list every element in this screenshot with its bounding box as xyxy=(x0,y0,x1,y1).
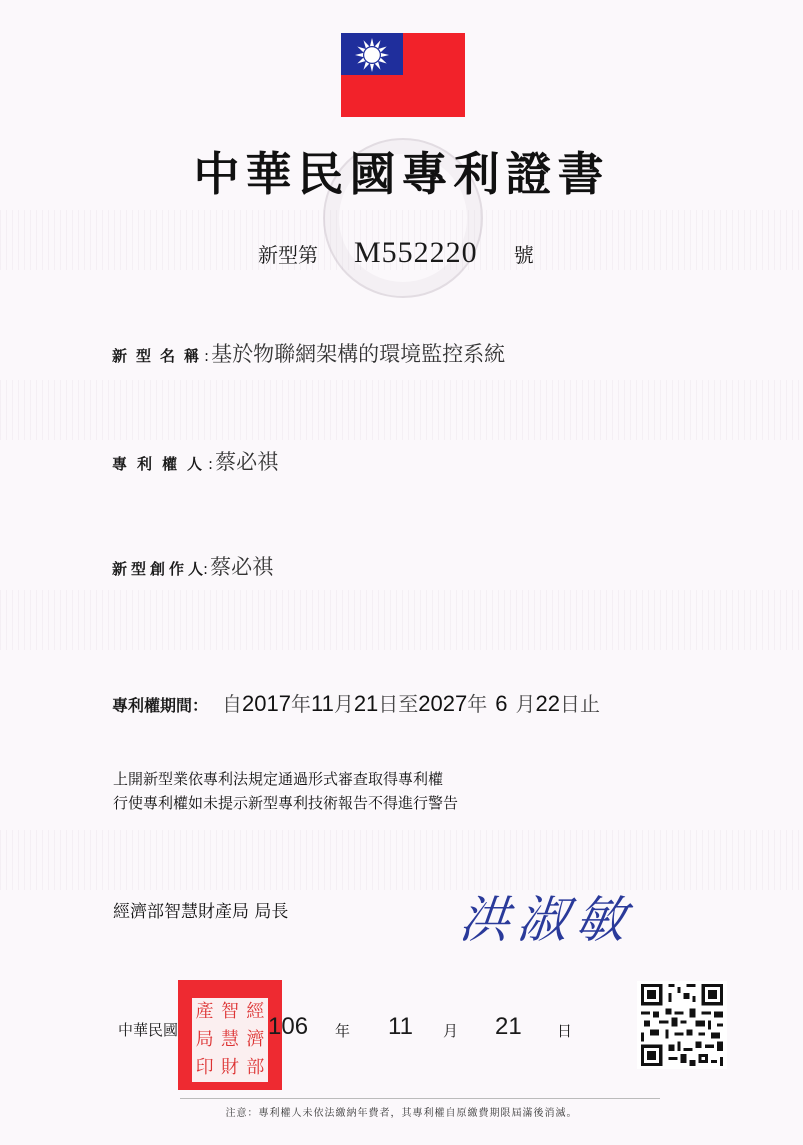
issuing-authority: 經濟部智慧財產局 局長 xyxy=(113,897,288,922)
end-word: 日止 xyxy=(560,688,600,717)
seal-char: 印 xyxy=(192,1054,217,1082)
guilloche-pattern xyxy=(0,380,803,440)
patent-term: 專利權期間： 自 2017 年 11 月 21 日 至 2027 年 6 月 2… xyxy=(112,688,600,717)
director-signature: 洪淑敏 xyxy=(456,880,638,952)
year-char: 年 xyxy=(291,688,311,717)
legal-statement-line-2: 行使專利權如未提示新型專利技術報告不得進行警告 xyxy=(113,791,458,815)
qr-code-icon xyxy=(637,981,727,1069)
seal-char: 財 xyxy=(217,1054,242,1082)
issue-month: 11 xyxy=(388,1013,413,1041)
footer-notice: 注意：專利權人未依法繳納年費者，其專利權自原繳費期限屆滿後消滅。 xyxy=(0,1104,803,1119)
guilloche-pattern xyxy=(0,830,803,890)
issue-year: 106 xyxy=(268,1013,308,1041)
end-day: 22 xyxy=(536,691,560,717)
utility-model-name-row: 新型名稱 : 基於物聯網架構的環境監控系統 xyxy=(112,338,505,368)
white-sun-icon xyxy=(353,36,391,74)
year-char: 年 xyxy=(467,688,487,717)
year-char: 年 xyxy=(335,1020,350,1041)
day-char: 日 xyxy=(557,1020,572,1041)
seal-char: 部 xyxy=(243,1054,268,1082)
patent-term-label: 專利權期間： xyxy=(112,693,208,716)
to-word: 至 xyxy=(398,688,418,717)
from-word: 自 xyxy=(222,688,242,717)
issue-date-era: 中華民國 xyxy=(118,1019,178,1040)
month-char: 月 xyxy=(334,688,354,717)
creator-value: 蔡必祺 xyxy=(210,551,273,581)
legal-statement: 上開新型業依專利法規定通過形式審查取得專利權 行使專利權如未提示新型專利技術報告… xyxy=(113,767,458,815)
creator-label: 新型創作人 xyxy=(112,558,207,579)
certificate-title: 中華民國專利證書 xyxy=(0,138,803,204)
label-colon: : xyxy=(203,560,208,578)
patent-number-suffix: 號 xyxy=(514,239,534,268)
start-day: 21 xyxy=(354,691,378,717)
patentee-row: 專利權人 : 蔡必祺 xyxy=(112,446,278,476)
end-year: 2027 xyxy=(418,691,467,717)
guilloche-pattern xyxy=(0,590,803,650)
start-year: 2017 xyxy=(242,691,291,717)
issue-date: 中華民國 106 年 11 月 21 日 xyxy=(118,1013,588,1043)
month-char: 月 xyxy=(443,1020,458,1041)
end-month: 6 xyxy=(495,691,507,717)
legal-statement-line-1: 上開新型業依專利法規定通過形式審查取得專利權 xyxy=(113,767,458,791)
footer-divider xyxy=(180,1098,660,1099)
patent-number-prefix: 新型第 xyxy=(258,239,318,268)
patent-number: 新型第 M552220 號 xyxy=(258,236,534,270)
patentee-label: 專利權人 xyxy=(112,453,212,474)
creator-row: 新型創作人 : 蔡必祺 xyxy=(112,551,273,581)
issue-day: 21 xyxy=(495,1013,522,1041)
month-char: 月 xyxy=(516,688,536,717)
roc-flag-icon xyxy=(341,33,465,117)
utility-model-name-value: 基於物聯網架構的環境監控系統 xyxy=(211,338,505,368)
patentee-value: 蔡必祺 xyxy=(215,446,278,476)
start-month: 11 xyxy=(311,691,334,717)
label-colon: : xyxy=(208,455,213,473)
utility-model-name-label: 新型名稱 xyxy=(112,345,208,366)
label-colon: : xyxy=(204,347,209,365)
patent-number-value: M552220 xyxy=(354,236,478,270)
day-char: 日 xyxy=(378,688,398,717)
